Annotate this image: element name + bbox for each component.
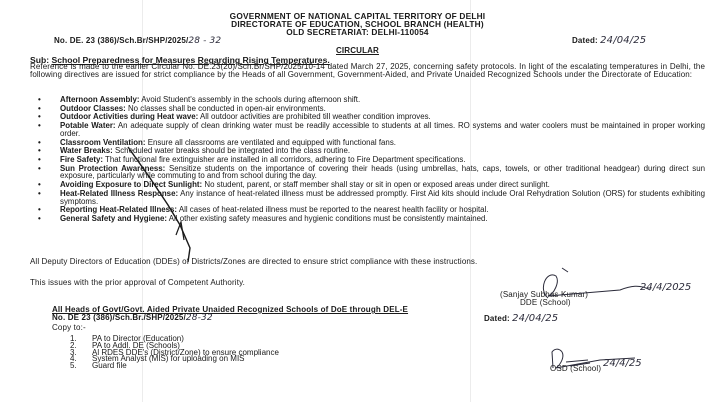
directive-text: Ensure all classrooms are ventilated and… <box>146 138 396 147</box>
bullet-icon: • <box>38 165 41 173</box>
second-signatory-designation: OSD (School) <box>550 364 601 373</box>
handwritten-number: 28 - 32 <box>188 36 221 46</box>
intro-paragraph: Reference is made to the earlier Circula… <box>30 63 705 80</box>
directive-item: •Reporting Heat-Related Illness: All cas… <box>60 206 705 214</box>
directive-text: Scheduled water breaks should be integra… <box>113 146 350 155</box>
copy-reference-number: No. DE 23 (386)/Sch.Br./SHP/2025/28-32 <box>52 313 213 323</box>
bullet-icon: • <box>38 156 41 164</box>
copy-reference-text: No. DE 23 (386)/Sch.Br./SHP/2025/ <box>52 313 186 322</box>
signatory-handwritten-date: 24/4/2025 <box>640 282 691 293</box>
bullet-icon: • <box>38 113 41 121</box>
bullet-icon: • <box>38 105 41 113</box>
item-text: Guard file <box>92 361 127 370</box>
copy-dated-field: Dated: 24/04/25 <box>484 314 558 323</box>
directive-text: That functional fire extinguisher are in… <box>103 155 466 164</box>
bullet-icon: • <box>38 190 41 198</box>
directive-text: All outdoor activities are prohibited ti… <box>198 112 430 121</box>
item-number: 5. <box>70 363 92 370</box>
directive-title: General Safety and Hygiene: <box>60 214 167 223</box>
directive-item: •Avoiding Exposure to Direct Sunlight: N… <box>60 181 705 189</box>
directive-title: Avoiding Exposure to Direct Sunlight: <box>60 180 202 189</box>
reference-number: No. DE. 23 (386)/Sch.Br/SHP/2025/28 - 32 <box>54 36 221 46</box>
directive-title: Fire Safety: <box>60 155 103 164</box>
directive-text: Avoid Student's assembly in the schools … <box>140 95 361 104</box>
reference-number-text: No. DE. 23 (386)/Sch.Br/SHP/2025/ <box>54 36 188 45</box>
bullet-icon: • <box>38 147 41 155</box>
directive-item: •General Safety and Hygiene: All other e… <box>60 215 705 223</box>
copy-to-label: Copy to:- <box>52 323 86 332</box>
handwritten-date: 24/04/25 <box>600 35 646 46</box>
handwritten-number: 28-32 <box>186 313 213 323</box>
directive-text: All cases of heat-related illness must b… <box>177 205 488 214</box>
directive-item: •Water Breaks: Scheduled water breaks sh… <box>60 147 705 155</box>
directive-item: •Classroom Ventilation: Ensure all class… <box>60 139 705 147</box>
directive-item: •Potable Water: An adequate supply of cl… <box>60 122 705 138</box>
directive-item: •Heat-Related Illness Response: Any inst… <box>60 190 705 206</box>
directive-text: An adequate supply of clean drinking wat… <box>60 121 705 138</box>
directive-item: •Outdoor Classes: No classes shall be co… <box>60 105 705 113</box>
bullet-icon: • <box>38 181 41 189</box>
approval-line: This issues with the prior approval of C… <box>30 278 245 287</box>
directive-item: •Outdoor Activities during Heat wave: Al… <box>60 113 705 121</box>
directive-text: No student, parent, or staff member shal… <box>202 180 550 189</box>
document-title: CIRCULAR <box>0 46 715 55</box>
directive-text: All other existing safety measures and h… <box>167 214 488 223</box>
directive-title: Reporting Heat-Related Illness: <box>60 205 177 214</box>
directive-text: No classes shall be conducted in open-ai… <box>126 104 326 113</box>
directive-item: •Sun Protection Awareness: Sensitize stu… <box>60 165 705 181</box>
handwritten-date: 24/04/25 <box>512 313 558 324</box>
bullet-icon: • <box>38 206 41 214</box>
bullet-icon: • <box>38 139 41 147</box>
dated-label: Dated: <box>484 314 510 323</box>
ddes-paragraph: All Deputy Directors of Education (DDEs)… <box>30 258 705 266</box>
dated-label: Dated: <box>572 36 598 45</box>
directive-item: •Afternoon Assembly: Avoid Student's ass… <box>60 96 705 104</box>
directives-list: •Afternoon Assembly: Avoid Student's ass… <box>60 96 705 224</box>
second-signatory-handwritten-date: 24/4/25 <box>603 358 642 369</box>
directive-title: Outdoor Activities during Heat wave: <box>60 112 198 121</box>
dated-field: Dated: 24/04/25 <box>572 36 646 45</box>
signatory-designation: DDE (School) <box>520 298 571 307</box>
copy-to-list: 1.PA to Director (Education) 2.PA to Add… <box>70 336 279 370</box>
directive-title: Afternoon Assembly: <box>60 95 140 104</box>
directive-title: Water Breaks: <box>60 146 113 155</box>
bullet-icon: • <box>38 122 41 130</box>
copy-to-item: 5.Guard file <box>70 363 279 370</box>
directive-item: •Fire Safety: That functional fire extin… <box>60 156 705 164</box>
bullet-icon: • <box>38 215 41 223</box>
bullet-icon: • <box>38 96 41 104</box>
directive-title: Outdoor Classes: <box>60 104 126 113</box>
circular-document: GOVERNMENT OF NATIONAL CAPITAL TERRITORY… <box>0 0 715 402</box>
directive-title: Classroom Ventilation: <box>60 138 146 147</box>
